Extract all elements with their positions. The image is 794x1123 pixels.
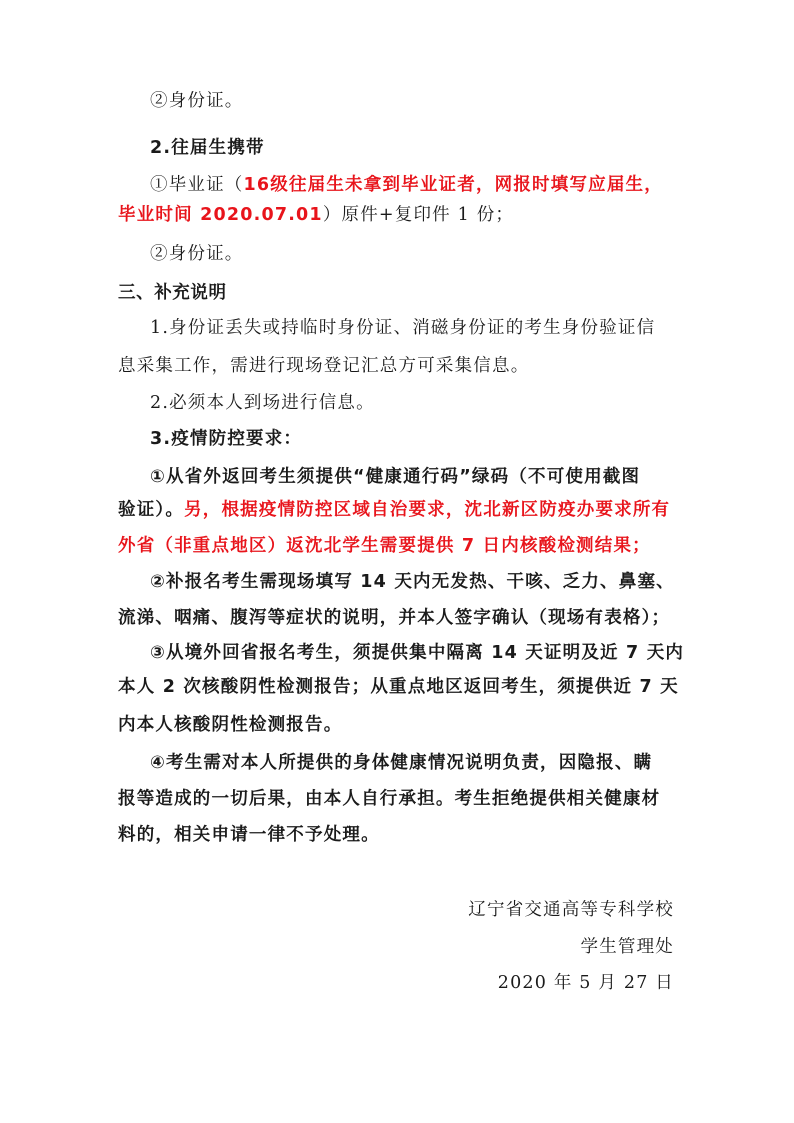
epidemic-item-1-line3: 外省（非重点地区）返沈北学生需要提供 7 日内核酸检测结果； bbox=[118, 534, 651, 558]
document-page: ②身份证。 2.往届生携带 ①毕业证（16级往届生未拿到毕业证者，网报时填写应届… bbox=[0, 0, 794, 1123]
epidemic-item-1-line2: 验证）。另，根据疫情防控区域自治要求，沈北新区防疫办要求所有 bbox=[118, 498, 670, 522]
signature-date: 2020 年 5 月 27 日 bbox=[498, 971, 674, 995]
epidemic-item-4-line1: ④考生需对本人所提供的身体健康情况说明负责，因隐报、瞒 bbox=[150, 751, 652, 775]
diploma-copies: ）原件+复印件 1 份； bbox=[323, 205, 514, 225]
epidemic-item-3-line3: 内本人核酸阴性检测报告。 bbox=[118, 713, 342, 737]
epidemic-item-4-line2: 报等造成的一切后果，由本人自行承担。考生拒绝提供相关健康材 bbox=[118, 787, 660, 811]
epidemic-item-2-line2: 流涕、咽痛、腹泻等症状的说明，并本人签字确认（现场有表格）； bbox=[118, 606, 670, 630]
section-supplementary-heading: 三、补充说明 bbox=[118, 281, 227, 305]
epidemic-item-4-line3: 料的，相关申请一律不予处理。 bbox=[118, 823, 380, 847]
signature-organization: 辽宁省交通高等专科学校 bbox=[468, 898, 674, 922]
epidemic-item-2-line1: ②补报名考生需现场填写 14 天内无发热、干咳、乏力、鼻塞、 bbox=[150, 570, 675, 594]
diploma-label: ①毕业证（ bbox=[150, 175, 244, 195]
diploma-note-red: 16级往届生未拿到毕业证者，网报时填写应届生， bbox=[244, 175, 663, 195]
epidemic-item-3-line1: ③从境外回省报名考生，须提供集中隔离 14 天证明及近 7 天内 bbox=[150, 641, 684, 665]
shenbei-requirement-red: 另，根据疫情防控区域自治要求，沈北新区防疫办要求所有 bbox=[184, 500, 670, 520]
verification-text: 验证）。 bbox=[118, 500, 184, 520]
epidemic-item-3-line2: 本人 2 次核酸阴性检测报告；从重点地区返回考生，须提供近 7 天 bbox=[118, 675, 679, 699]
diploma-item-line1: ①毕业证（16级往届生未拿到毕业证者，网报时填写应届生， bbox=[150, 173, 663, 197]
supplement-1-line2: 息采集工作，需进行现场登记汇总方可采集信息。 bbox=[118, 354, 529, 378]
epidemic-requirements-heading: 3.疫情防控要求： bbox=[150, 427, 302, 451]
diploma-item-line2: 毕业时间 2020.07.01）原件+复印件 1 份； bbox=[118, 203, 514, 227]
epidemic-item-1-line1: ①从省外返回考生须提供“健康通行码”绿码（不可使用截图 bbox=[150, 465, 640, 489]
supplement-1-line1: 1.身份证丢失或持临时身份证、消磁身份证的考生身份验证信 bbox=[150, 316, 655, 340]
id-card-item-previous: ②身份证。 bbox=[150, 242, 244, 266]
supplement-2: 2.必须本人到场进行信息。 bbox=[150, 391, 375, 415]
signature-department: 学生管理处 bbox=[581, 935, 675, 959]
section-previous-graduates-heading: 2.往届生携带 bbox=[150, 136, 265, 160]
id-card-item-fresh: ②身份证。 bbox=[150, 89, 244, 113]
graduation-date-red: 毕业时间 2020.07.01 bbox=[118, 205, 323, 225]
